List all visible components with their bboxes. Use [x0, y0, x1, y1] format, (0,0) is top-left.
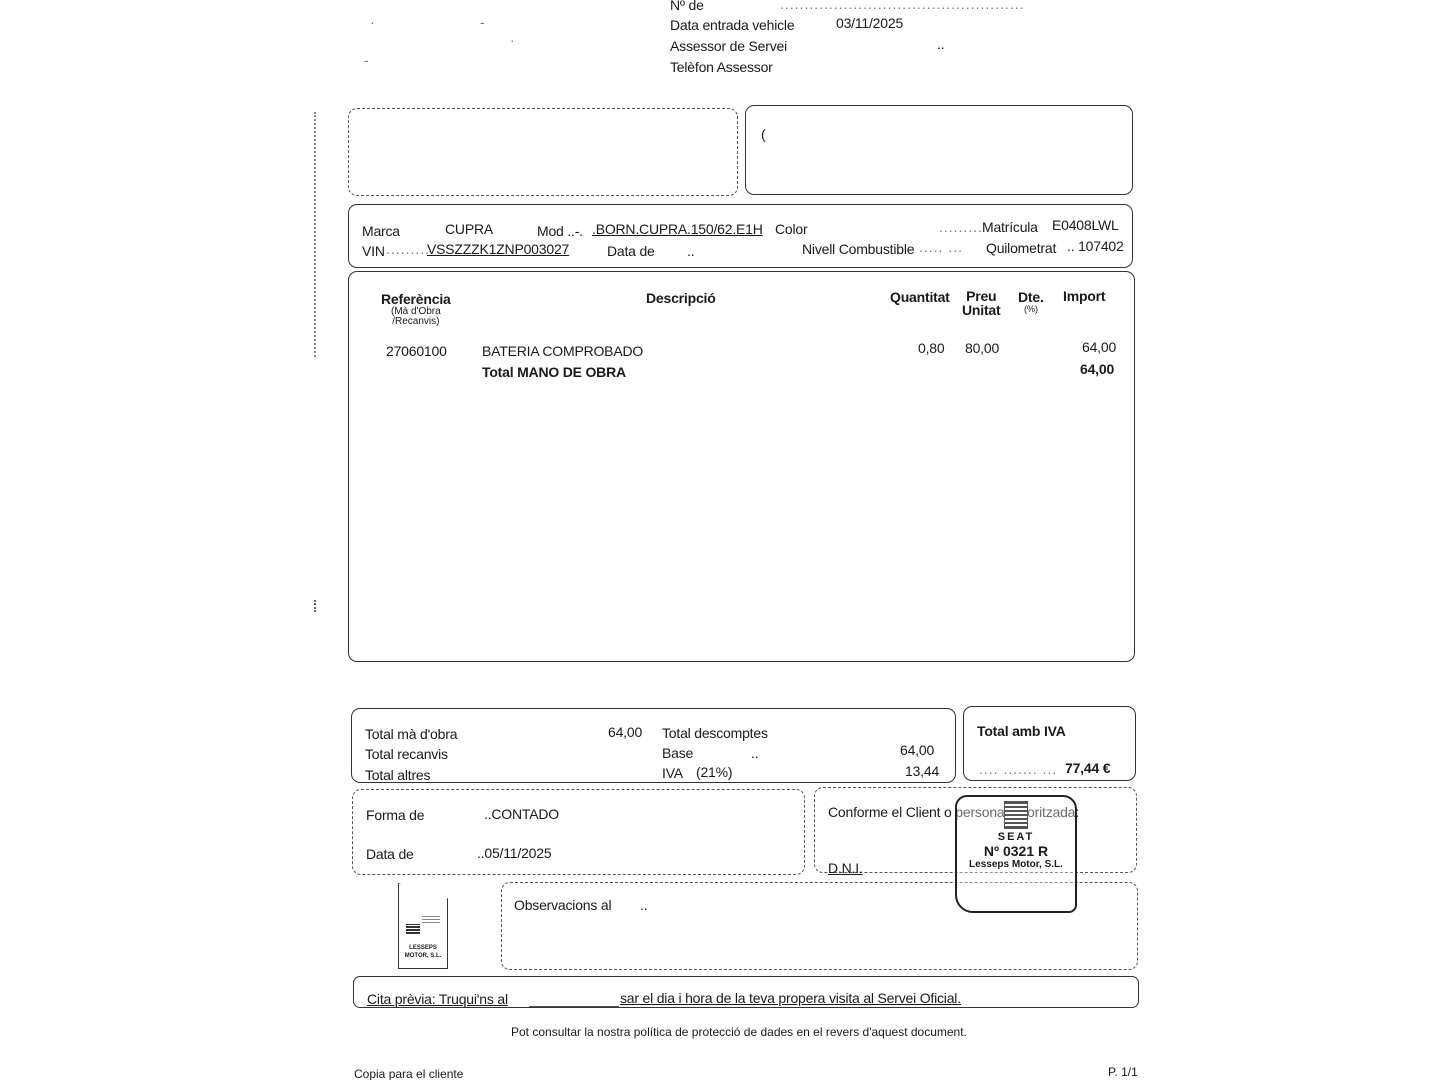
vin-leader: ......... — [386, 241, 430, 257]
plate-value: E0408LWL — [1052, 217, 1119, 233]
km-value: .. 107402 — [1067, 238, 1124, 254]
line-items-box: Referència (Mà d'Obra /Recanvis) Descrip… — [348, 271, 1135, 662]
observations-label: Observacions al — [514, 897, 611, 913]
row-description: BATERIA COMPROBADO — [482, 343, 643, 359]
client-address-paren: ( — [761, 126, 765, 142]
privacy-note: Pot consultar la nostra política de prot… — [511, 1025, 967, 1039]
stamp-brand: SEAT — [957, 831, 1075, 843]
color-redacted: ......... — [939, 219, 983, 235]
payment-method-label: Forma de — [366, 807, 424, 823]
lesseps-badge: LESSEPS MOTOR, S.L. 2024 — [398, 883, 448, 969]
row-amount: 64,00 — [1082, 339, 1116, 355]
badge-text-lines — [422, 915, 440, 923]
stamp-logo-icon — [1004, 801, 1028, 829]
copy-label: Copia para el cliente — [354, 1067, 463, 1080]
order-number-label: Nº de — [670, 0, 704, 13]
fuel-label: Nivell Combustible — [802, 241, 914, 257]
workshop-address-box — [348, 108, 738, 196]
scan-mark: · — [510, 32, 516, 48]
col-unit-price: Preu Unitat — [962, 289, 1000, 317]
observations-value: .. — [640, 897, 647, 913]
seat-logo-icon — [406, 924, 420, 934]
subtotal-label: Total MANO DE OBRA — [482, 364, 626, 380]
grand-total-value: 77,44 € — [1065, 760, 1110, 776]
binding-tick — [314, 600, 318, 612]
color-label: Color — [775, 221, 807, 237]
discounts-total-label: Total descomptes — [662, 725, 768, 741]
payment-box: Forma de ..CONTADO Data de ..05/11/2025 — [352, 789, 805, 875]
row-quantity: 0,80 — [918, 340, 944, 356]
model-label: Mod ..-. — [537, 223, 583, 239]
advisor-phone-label: Telèfon Assessor — [670, 59, 773, 75]
row-reference: 27060100 — [386, 343, 447, 359]
subtotal-value: 64,00 — [1080, 361, 1114, 377]
payment-method-value: ..CONTADO — [484, 806, 559, 822]
scan-mark: - — [364, 52, 370, 68]
appointment-box: Cita prèvia: Truqui'ns al sar el dia i h… — [353, 976, 1139, 1008]
vat-label: IVA — [662, 765, 683, 781]
col-reference-sub: (Mà d'Obra /Recanvis) — [391, 307, 441, 327]
advisor-label: Assessor de Servei — [670, 38, 787, 54]
other-total-label: Total altres — [365, 767, 430, 783]
brand-label: Marca — [362, 223, 400, 239]
vat-value: 13,44 — [905, 763, 939, 779]
base-label: Base — [662, 745, 693, 761]
col-reference: Referència — [381, 291, 451, 307]
col-discount: Dte. — [1018, 289, 1044, 305]
brand-value: CUPRA — [445, 221, 493, 237]
base-value: 64,00 — [900, 742, 934, 758]
scan-mark: - — [480, 14, 486, 30]
model-value: .BORN.CUPRA.150/62.E1H — [592, 221, 763, 237]
vin-value: VSSZZZK1ZNP003027 — [427, 241, 569, 257]
client-address-box: ( — [745, 105, 1133, 195]
advisor-value: .. — [937, 36, 944, 52]
grand-total-label: Total amb IVA — [977, 723, 1066, 739]
entry-date-label: Data entrada vehicle — [670, 17, 794, 33]
grand-total-leader: .... ....... ... — [979, 761, 1057, 777]
parts-total-label: Total recanvis — [365, 746, 448, 762]
dni-label: D.N.I. — [828, 860, 863, 876]
totals-box: Total mà d'obra 64,00 Total recanvis Tot… — [351, 708, 956, 783]
badge-company: LESSEPS MOTOR, S.L. — [399, 944, 447, 960]
km-label: Quilometrat — [986, 240, 1056, 256]
fuel-redacted: ..... ... — [919, 239, 963, 255]
dealer-stamp: SEAT Nº 0321 R Lesseps Motor, S.L. — [955, 795, 1077, 913]
stamp-number: Nº 0321 R — [957, 843, 1075, 859]
appointment-redacted-line — [529, 1006, 619, 1007]
vehicle-info-box: Marca CUPRA Mod ..-. .BORN.CUPRA.150/62.… — [348, 204, 1133, 268]
grand-total-box: Total amb IVA .... ....... ... 77,44 € — [963, 706, 1136, 781]
labor-total-value: 64,00 — [608, 724, 642, 740]
col-discount-sub: (%) — [1024, 304, 1038, 314]
vin-label: VIN — [362, 243, 385, 259]
labor-total-label: Total mà d'obra — [365, 726, 457, 742]
date-label: Data de — [607, 243, 655, 259]
base-dots: .. — [751, 745, 758, 761]
col-amount: Import — [1063, 288, 1105, 304]
scan-mark: · — [370, 14, 376, 30]
appointment-prefix: Cita prèvia: Truqui'ns al — [367, 991, 508, 1007]
entry-date-value: 03/11/2025 — [836, 15, 903, 31]
date-value: .. — [687, 243, 694, 259]
order-number-redacted: ........................................… — [780, 0, 1024, 12]
binding-margin-line — [314, 112, 316, 357]
stamp-company: Lesseps Motor, S.L. — [957, 859, 1075, 870]
payment-date-label: Data de — [366, 846, 414, 862]
col-quantity: Quantitat — [890, 289, 950, 305]
row-unit-price: 80,00 — [965, 340, 999, 356]
page-number: P. 1/1 — [1108, 1065, 1138, 1079]
col-description: Descripció — [646, 290, 716, 306]
appointment-suffix: sar el dia i hora de la teva propera vis… — [620, 990, 961, 1006]
payment-date-value: ..05/11/2025 — [477, 845, 551, 861]
vat-rate: (21%) — [696, 764, 732, 780]
plate-label: Matrícula — [982, 219, 1038, 235]
